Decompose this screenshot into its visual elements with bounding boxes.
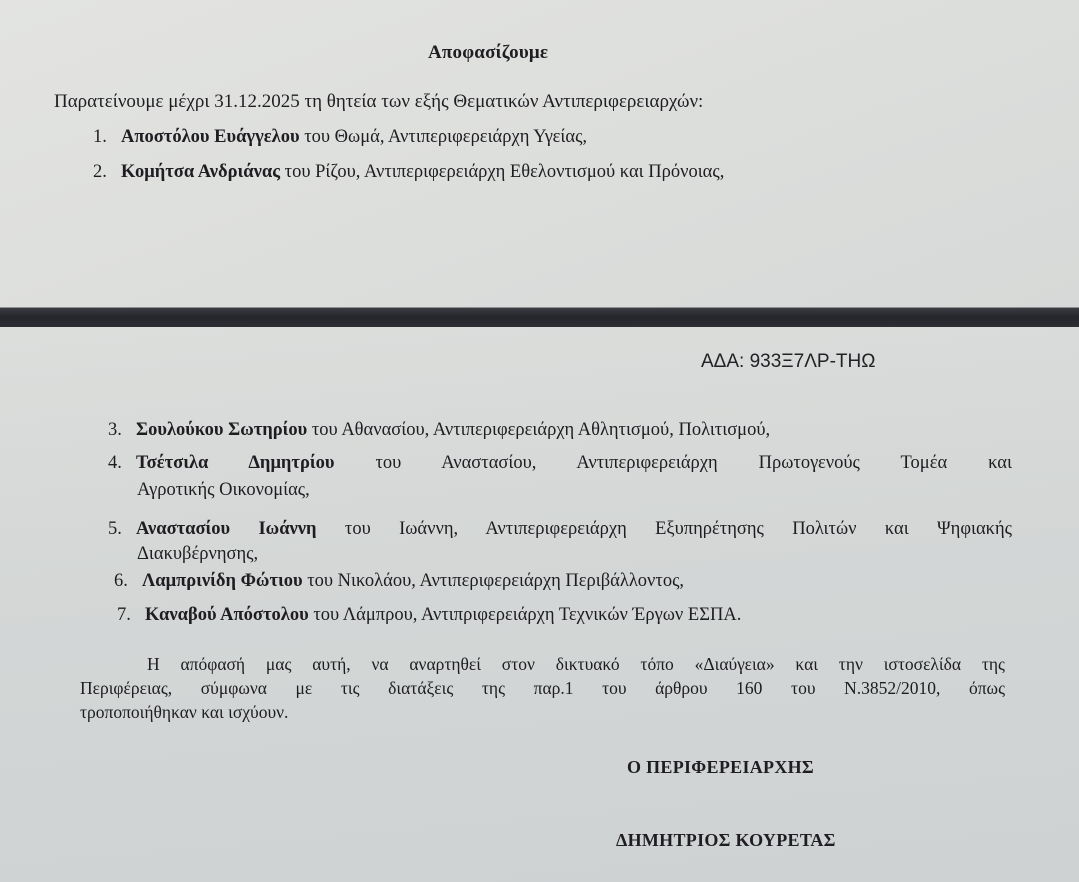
item-number: 7. [117,603,145,627]
item-name: Καναβού Απόστολου [145,605,309,625]
item-role: του Αθανασίου, Αντιπεριφερειάρχη Αθλητισ… [307,420,770,440]
item-name: Αποστόλου Ευάγγελου [121,127,300,147]
signature-title: Ο ΠΕΡΙΦΕΡΕΙΑΡΧΗΣ [627,757,814,778]
item-role: του Αναστασίου, Αντιπεριφερειάρχη Πρωτογ… [334,453,1012,473]
list-item: 5.Αναστασίου Ιωάννη του Ιωάννη, Αντιπερι… [108,517,1012,541]
item-role: του Νικολάου, Αντιπεριφερειάρχη Περιβάλλ… [303,571,684,591]
publication-paragraph: Η απόφασή μας αυτή, να αναρτηθεί στον δι… [80,652,1005,724]
item-role: του Ιωάννη, Αντιπεριφερειάρχη Εξυπηρέτησ… [317,519,1012,539]
page-separator [0,307,1079,328]
list-item: 4.Τσέτσιλα Δημητρίου του Αναστασίου, Αντ… [108,451,1012,475]
list-item: 1.Αποστόλου Ευάγγελου του Θωμά, Αντιπερι… [93,125,587,149]
item-name: Αναστασίου Ιωάννη [136,519,317,539]
decision-heading: Αποφασίζουμε [428,42,548,64]
item-role: του Ρίζου, Αντιπεριφερειάρχη Εθελοντισμο… [280,162,724,182]
list-item: 2.Κομήτσα Ανδριάνας του Ρίζου, Αντιπεριφ… [93,160,724,184]
publication-line: τροποποιήθηκαν και ισχύουν. [80,700,1005,724]
item-number: 4. [108,451,136,475]
item-name: Κομήτσα Ανδριάνας [121,162,280,182]
list-item: 3.Σουλούκου Σωτηρίου του Αθανασίου, Αντι… [108,418,770,442]
document-page-bottom: ΑΔΑ: 933Ξ7ΛΡ-ΤΗΩ 3.Σουλούκου Σωτηρίου το… [0,327,1079,882]
item-name: Τσέτσιλα Δημητρίου [136,453,334,473]
item-number: 1. [93,125,121,149]
item-number: 6. [114,569,142,593]
item-number: 5. [108,517,136,541]
list-item-continuation: Διακυβέρνησης, [137,542,258,566]
item-role: του Λάμπρου, Αντιπριφερειάρχη Τεχνικών Έ… [309,605,742,625]
item-name: Λαμπρινίδη Φώτιου [142,571,303,591]
item-number: 3. [108,418,136,442]
publication-line: Περιφέρειας, σύμφωνα με τις διατάξεις τη… [80,676,1005,700]
document-page-top: Αποφασίζουμε Παρατείνουμε μέχρι 31.12.20… [0,0,1079,307]
ada-identifier: ΑΔΑ: 933Ξ7ΛΡ-ΤΗΩ [701,351,875,373]
item-number: 2. [93,160,121,184]
list-item: 6.Λαμπρινίδη Φώτιου του Νικολάου, Αντιπε… [114,569,684,593]
item-name: Σουλούκου Σωτηρίου [136,420,307,440]
extension-intro: Παρατείνουμε μέχρι 31.12.2025 τη θητεία … [54,90,703,114]
item-role: του Θωμά, Αντιπεριφερειάρχη Υγείας, [300,127,587,147]
signature-name: ΔΗΜΗΤΡΙΟΣ ΚΟΥΡΕΤΑΣ [616,830,836,851]
list-item: 7.Καναβού Απόστολου του Λάμπρου, Αντιπρι… [117,603,741,627]
publication-line: Η απόφασή μας αυτή, να αναρτηθεί στον δι… [80,652,1005,676]
list-item-continuation: Αγροτικής Οικονομίας, [137,478,310,502]
